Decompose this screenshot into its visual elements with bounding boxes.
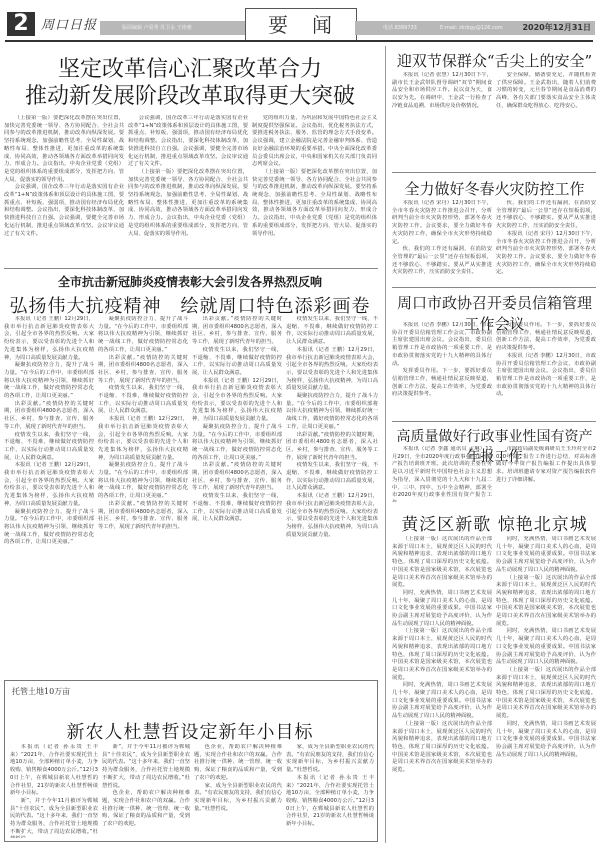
fire-headline: 全力做好冬春火灾防控工作 <box>392 178 597 199</box>
divider <box>392 287 596 288</box>
lead-body-col3: 党的组织力量，为巩固和发展中国特色社会主义制度提供坚强保证。会议指出，优化税务执… <box>252 115 377 265</box>
covid-body-col3: 出彩贡献。”疫情防控的关键时期，团市委组织4800名志愿者，深入社区、乡村，参与… <box>192 316 282 672</box>
email-text: E-mail: zkrbgy@126.com <box>440 21 503 35</box>
farmer-headline: 新农人杜慧哲设定新年小目标 <box>0 718 380 744</box>
masthead-rule <box>5 40 593 42</box>
cppcc-body-col1: 本报讯（记者 李鹏）12月30日，市政协召开委员信箱管理工作会议，市政协副主席张… <box>392 322 492 418</box>
fire-body-col2: 伙，我们的工作还有漏洞，在消防安全管理的“最后一公里”还存在短板弱项，还不够放心… <box>496 200 596 284</box>
lead-headline: 坚定改革信心汇聚改革合力 推动新发展阶段改革取得更大突破 <box>0 56 380 110</box>
column-divider <box>385 46 386 843</box>
paper-name-logo: 周口日报 <box>41 14 97 33</box>
covid-kicker: 全市抗击新冠肺炎疫情表彰大会引发各界热烈反响 <box>0 273 380 290</box>
fire-body-col1: 本报讯（记者 宋丹）12月30日下午，全市冬春火灾防控工作推进会召开，分析研判当… <box>392 200 492 284</box>
masthead: 2 周口日报 版面编辑 卢爱秀 苏卫永 王艳雅 要闻 电话 8389733 E-… <box>5 6 593 44</box>
farmer-body-col3: 色企业，帮助农户解决种植难题，实现合作社和农户的双赢。合作社推行统一供种、统一管… <box>194 744 282 838</box>
tel-text: 电话 8389733 <box>383 21 417 35</box>
covid-body-col1: 本报讯（记者 王鹏）12月29日，我市举行抗击新冠肺炎疫情表彰大会，引起全市各界… <box>4 316 94 672</box>
food-safety-headline: 迎双节保群众“舌尖上的安全” <box>392 50 597 71</box>
farmer-body-col2: 新”，并于今年11月被评为郸城县“十佳农民”，成为全县新型职业农民的代表。“这十… <box>102 744 190 838</box>
issue-date: 2020年12月31日 <box>522 21 591 35</box>
divider <box>392 421 596 422</box>
farmer-kicker: 托管土地10万亩 <box>12 686 70 697</box>
editors-text: 版面编辑 卢爱秀 苏卫永 王艳雅 <box>122 25 192 31</box>
divider <box>392 172 596 173</box>
lead-body-col2: 会议强调，国企改革三年行动是落实国有企业改革“1+N”政策体系和顶层设计的具体施… <box>128 115 248 265</box>
huangfan-body-col2: 同时，充满热情，周口书画艺术发展几十年，凝聚了周口美术人的心血，是周口文化事业发… <box>496 536 596 842</box>
huangfan-body-col1: （上接第一版）这次展出的作品全部来源于周口本土，展现黄泛区人民的时代风貌和精神追… <box>392 536 492 842</box>
covid-body-col4: 疫情发生以来，我们坚守一线，不退缩、不畏难，继续做好疫情防控工作，以实际行动推动… <box>286 316 378 672</box>
farmer-body-col1: 本报讯（记者 孙永贵 王丰来）“2021年，合作社要实现托管土地10万亩，全部种… <box>10 744 98 838</box>
assets-body-col1: 本报讯（记者 李鑫 通讯员 孟琳）12月29日，全市2020年度行政事业性国有资… <box>392 446 492 502</box>
cppcc-body-col2: 发挥委员作用。下一步，要抓好委员信箱管理工作，畅通社情民意反映渠道，创新工作方法… <box>496 322 596 418</box>
editors-bar: 版面编辑 卢爱秀 苏卫永 王艳雅 <box>100 21 245 35</box>
farmer-body-col4: 家，成为全县新型职业农民的代表。“有农民朋友的支持，我们有信心实现新年目标，为乡… <box>286 744 374 838</box>
covid-headline: 弘扬伟大抗疫精神 绘就周口特色添彩画卷 <box>0 292 380 318</box>
food-safety-body-col1: 本报讯（记者 张慧）12月30日下午，副市长王金武带队督导调研“双节”期间食品安… <box>392 72 492 168</box>
food-safety-body-col2: 安全保障，储备要充足，并随机检查了供应保障。王金武指出，随着人们消费习惯的转变，… <box>496 72 596 168</box>
covid-body-col2: 凝聚抗疫防控合力，提升了战斗力量。“在今后的工作中，市委组织部将以伟大抗疫精神为… <box>98 316 188 672</box>
lead-body-col1: （上接第一版）要把深化改革摆在突出位置，加快完善党委统一领导、各方协同配合、全社… <box>4 115 124 265</box>
lead-headline-line2: 推动新发展阶段改革取得更大突破 <box>0 83 380 110</box>
lead-headline-line1: 坚定改革信心汇聚改革合力 <box>0 56 380 83</box>
info-bar: 电话 8389733 E-mail: zkrbgy@126.com 2020年1… <box>355 21 595 35</box>
divider <box>4 268 378 269</box>
section-title: 要闻 <box>245 8 357 41</box>
huangfan-headline: 黄泛区新歌 惊艳北京城 <box>392 510 597 535</box>
page-number: 2 <box>7 12 35 36</box>
assets-body-col2: 市财政局副处级调研员王玉玲对全市2020年资产报告工作进行总结，对高标准做好今年… <box>496 446 596 502</box>
